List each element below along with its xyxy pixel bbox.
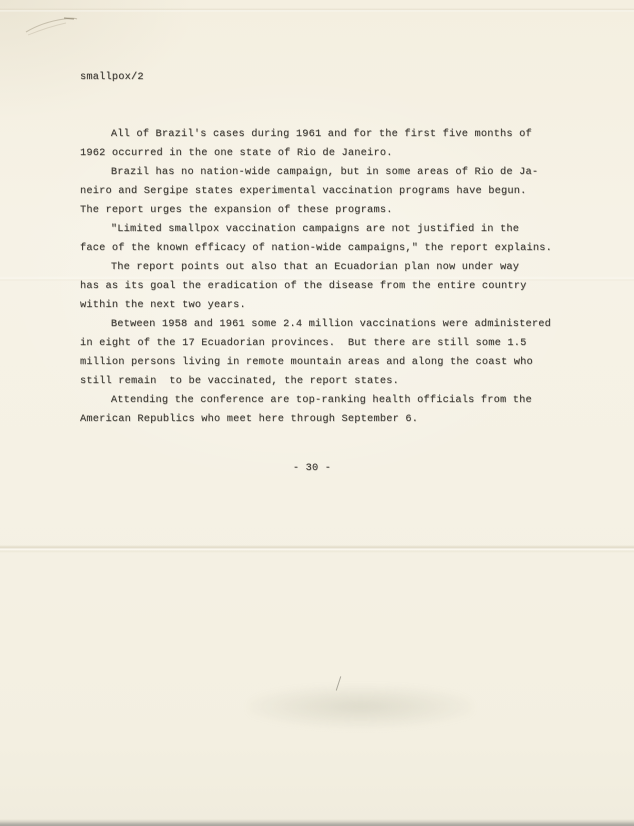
stray-pen-mark bbox=[336, 676, 342, 691]
pencil-scribble-mark bbox=[20, 10, 80, 44]
typed-line: The report points out also that an Ecuad… bbox=[80, 258, 558, 277]
typed-line: has as its goal the eradication of the d… bbox=[80, 277, 558, 296]
end-of-release-mark: - 30 - bbox=[80, 459, 544, 478]
typed-line: within the next two years. bbox=[80, 296, 558, 315]
paper-bottom-edge-shadow bbox=[0, 819, 634, 826]
typed-line: Attending the conference are top-ranking… bbox=[80, 391, 558, 410]
document-page: smallpox/2 All of Brazil's cases during … bbox=[0, 0, 634, 826]
typed-line: 1962 occurred in the one state of Rio de… bbox=[80, 144, 558, 163]
typed-line: American Republics who meet here through… bbox=[80, 410, 558, 429]
typed-line: All of Brazil's cases during 1961 and fo… bbox=[80, 125, 558, 144]
typed-line: Brazil has no nation-wide campaign, but … bbox=[80, 163, 558, 182]
typed-line: "Limited smallpox vaccination campaigns … bbox=[80, 220, 558, 239]
typed-line: face of the known efficacy of nation-wid… bbox=[80, 239, 558, 258]
paper-fold-line bbox=[0, 545, 634, 553]
typed-line: million persons living in remote mountai… bbox=[80, 353, 558, 372]
typed-line: neiro and Sergipe states experimental va… bbox=[80, 182, 558, 201]
typed-line: still remain to be vaccinated, the repor… bbox=[80, 372, 558, 391]
paper-crease-top bbox=[0, 8, 634, 12]
typed-body-text: All of Brazil's cases during 1961 and fo… bbox=[80, 125, 558, 429]
stamp-showthrough-smudge bbox=[248, 686, 473, 732]
page-label: smallpox/2 bbox=[80, 68, 144, 87]
typed-line: The report urges the expansion of these … bbox=[80, 201, 558, 220]
typed-line: Between 1958 and 1961 some 2.4 million v… bbox=[80, 315, 558, 334]
typed-line: in eight of the 17 Ecuadorian provinces.… bbox=[80, 334, 558, 353]
